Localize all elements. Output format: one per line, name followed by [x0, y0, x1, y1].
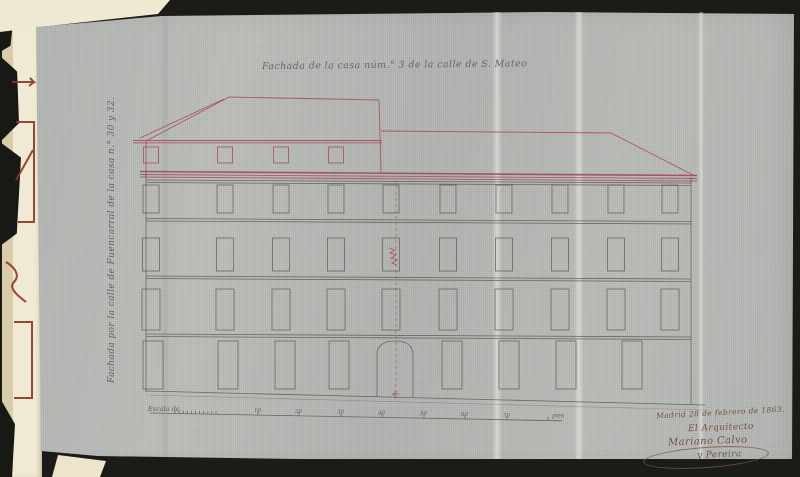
scale-number-label: 60: [461, 412, 468, 418]
window-opening-ground-floor: [442, 341, 462, 389]
window-opening-third-floor: [662, 238, 679, 271]
floor-band: [146, 279, 691, 282]
window-opening-attic-red: [218, 147, 233, 163]
roof-line: [379, 100, 381, 172]
window-opening-fourth-floor: [272, 289, 290, 330]
window-opening-fourth-floor: [216, 289, 234, 330]
window-openings: [142, 147, 679, 397]
window-opening-ground-floor: [218, 341, 238, 389]
window-opening-third-floor: [273, 238, 290, 271]
window-opening-second-floor: [662, 185, 678, 213]
scale-number-label: 40: [377, 410, 385, 416]
roof-line: [381, 131, 611, 133]
window-opening-fourth-floor: [661, 289, 679, 330]
window-opening-ground-floor: [499, 341, 519, 389]
window-opening-third-floor: [143, 238, 160, 271]
scale-number-label: 50: [420, 411, 427, 417]
roof-line: [146, 97, 229, 141]
window-opening-fourth-floor: [327, 289, 345, 330]
window-opening-third-floor: [496, 238, 513, 271]
window-opening-second-floor: [143, 185, 159, 213]
black-ink-facade-lines: [146, 172, 705, 410]
scale-unit-label: pies: [552, 413, 564, 420]
side-street-label: Fachada por la calle de Fuencarral de la…: [96, 140, 122, 380]
scale-number-label: 70: [503, 413, 510, 419]
roof-line: [229, 97, 379, 100]
window-opening-second-floor: [552, 185, 568, 213]
window-opening-second-floor: [608, 185, 624, 213]
window-opening-second-floor: [217, 185, 233, 213]
graphic-scale-bar: Escala de10203040506070pies: [147, 405, 564, 421]
window-opening-ground-floor: [556, 341, 576, 389]
window-opening-fourth-floor: [382, 289, 400, 330]
window-opening-fourth-floor: [439, 289, 457, 330]
window-opening-third-floor: [383, 238, 400, 271]
side-street-label-text: Fachada por la calle de Fuencarral de la…: [107, 143, 117, 383]
scale-number-label: 30: [337, 410, 344, 416]
window-opening-fourth-floor: [607, 289, 625, 330]
scale-number-label: 20: [294, 409, 302, 415]
ground-line: [146, 391, 705, 405]
window-opening-third-floor: [608, 238, 625, 271]
window-opening-ground-floor: [329, 341, 349, 389]
floor-band: [146, 276, 691, 279]
window-opening-third-floor: [328, 238, 345, 271]
window-opening-second-floor: [383, 185, 399, 213]
window-opening-third-floor: [217, 238, 234, 271]
window-opening-third-floor: [440, 238, 457, 271]
window-opening-ground-floor: [622, 341, 642, 389]
window-opening-third-floor: [552, 238, 569, 271]
dimension-annotation-scribble: [389, 248, 397, 265]
window-opening-second-floor: [496, 185, 512, 213]
scale-prefix-label: Escala de: [147, 405, 180, 413]
window-opening-second-floor: [273, 185, 289, 213]
roof-line: [611, 133, 693, 175]
archival-photo-of-facade-drawing: Escala de10203040506070pies Fachada de l…: [0, 0, 800, 477]
drawing-title: Fachada de la casa núm.° 3 de la calle d…: [262, 59, 482, 72]
arched-doorway: [377, 341, 413, 397]
window-opening-ground-floor: [275, 341, 295, 389]
floor-band: [146, 334, 691, 337]
window-opening-fourth-floor: [142, 289, 160, 330]
window-opening-second-floor: [328, 185, 344, 213]
window-opening-attic-red: [329, 147, 344, 163]
centerline-base-mark: [392, 391, 399, 397]
window-opening-attic-red: [274, 147, 289, 163]
window-opening-second-floor: [440, 185, 456, 213]
floor-band: [146, 337, 691, 340]
window-opening-fourth-floor: [495, 289, 513, 330]
window-opening-fourth-floor: [551, 289, 569, 330]
scale-number-label: 10: [254, 408, 261, 414]
roof-line: [140, 99, 224, 138]
